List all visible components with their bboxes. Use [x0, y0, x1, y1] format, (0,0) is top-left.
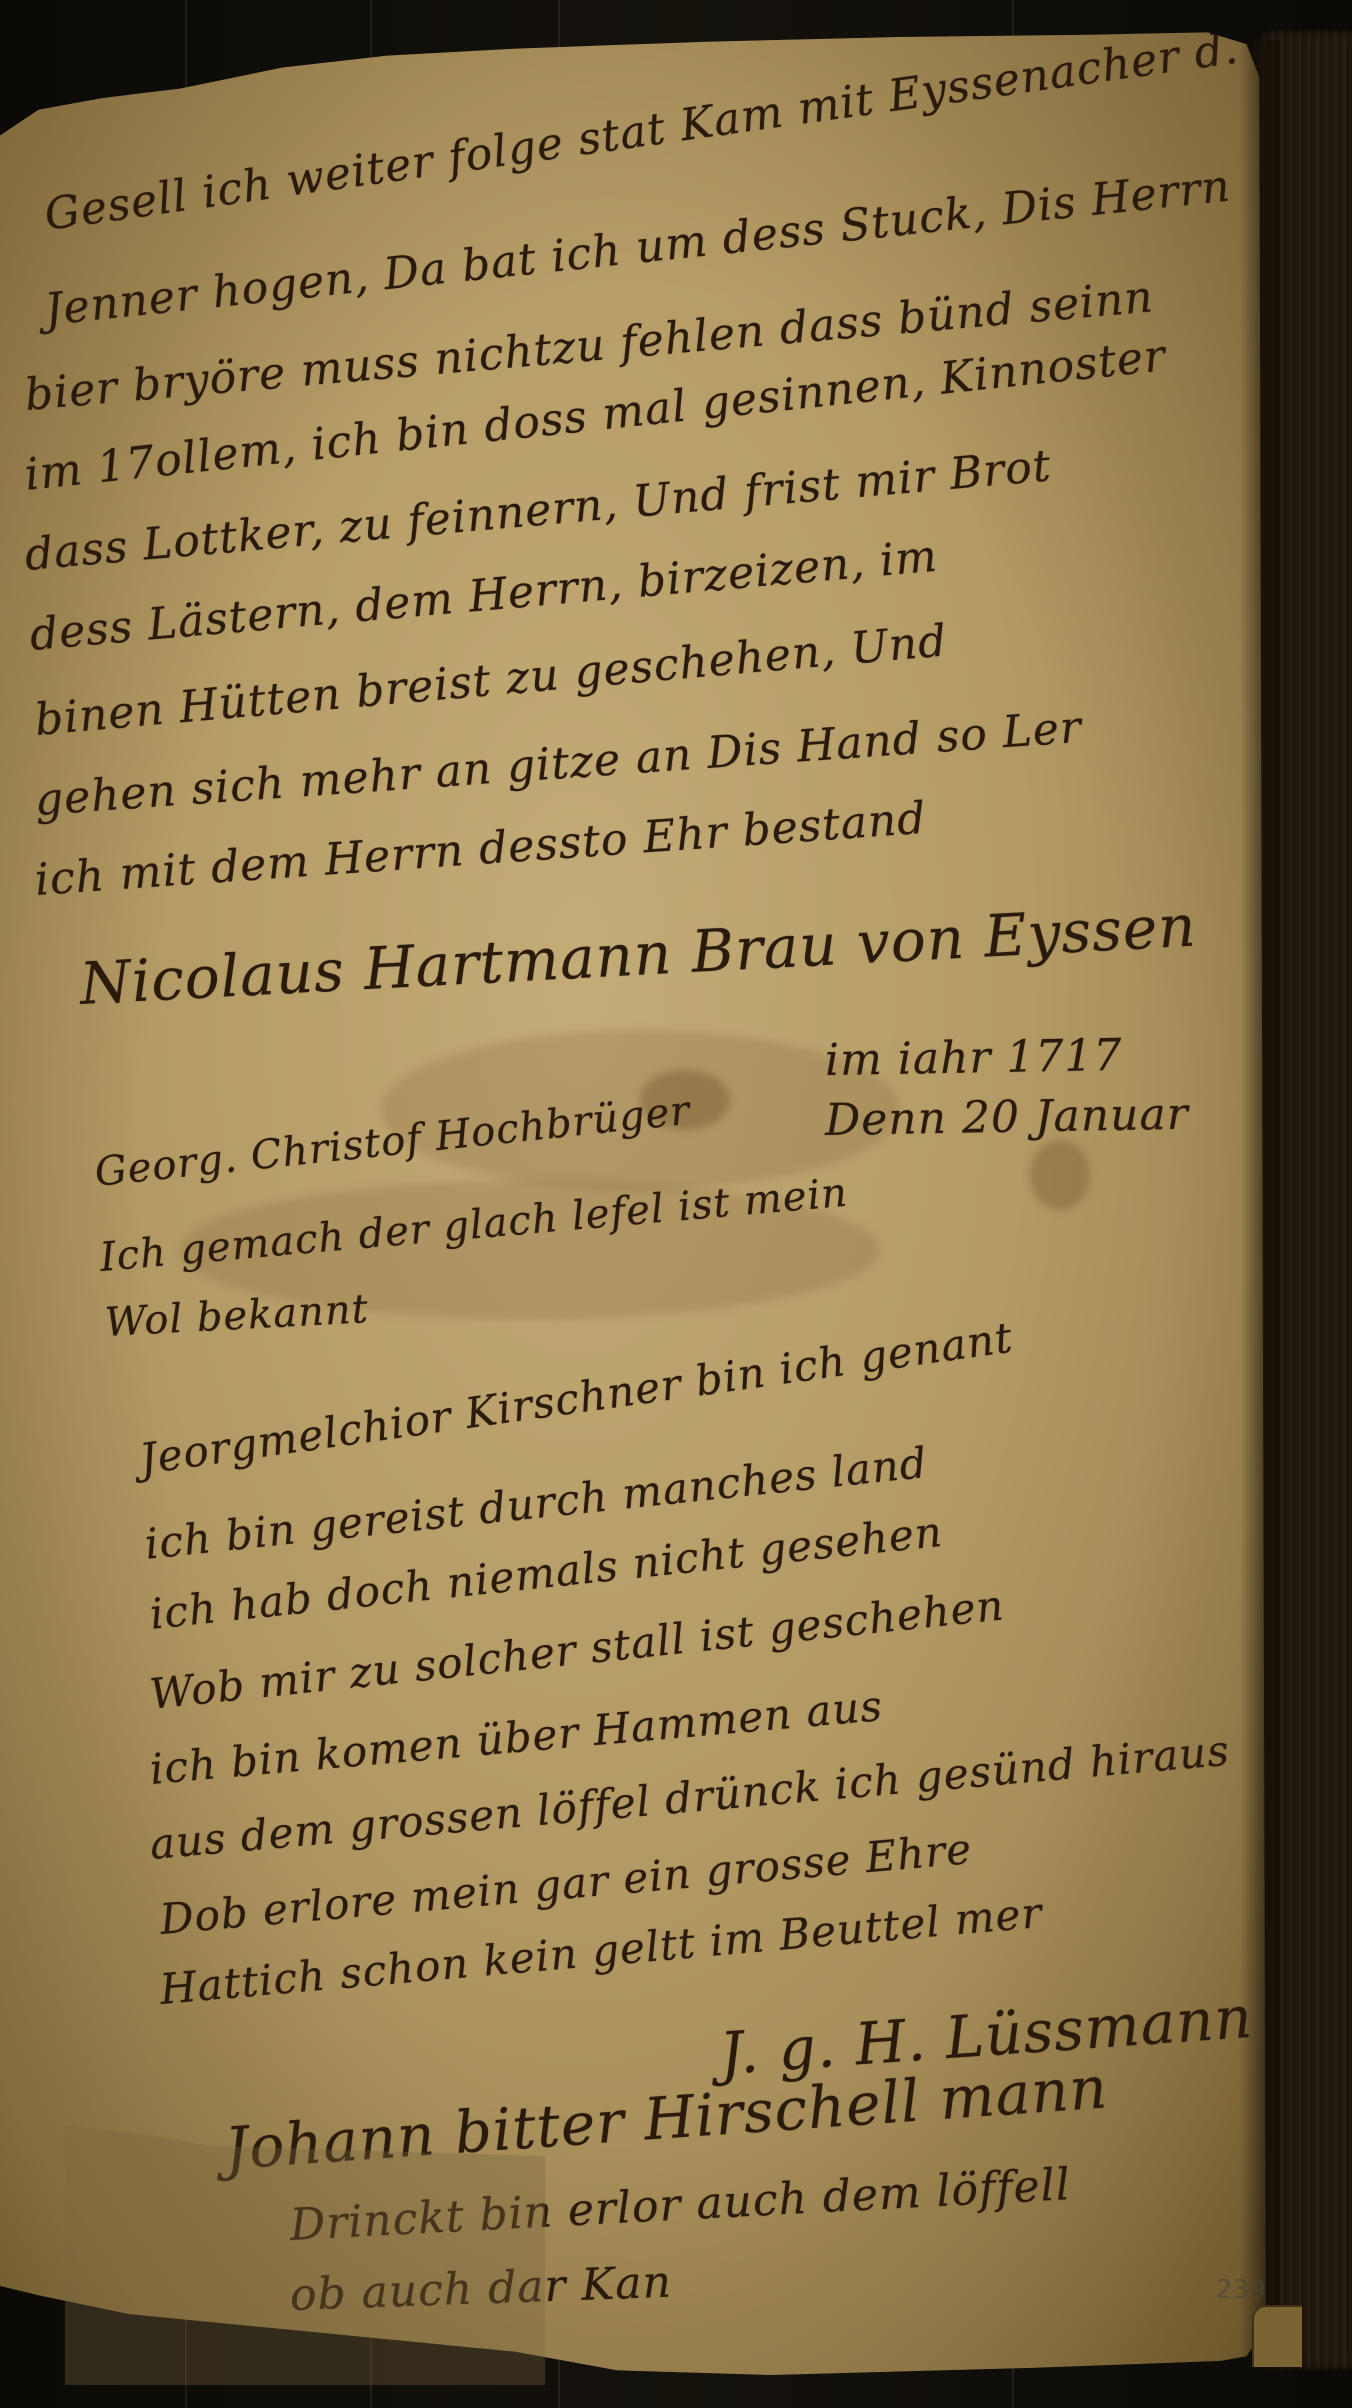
date-year: im iahr 1717	[825, 1030, 1123, 1086]
manuscript-page: Gesell ich weiter folge stat Kam mit Eys…	[0, 30, 1285, 2375]
signature-hartmann: Nicolaus Hartmann Brau von Eyssen	[78, 892, 1198, 1018]
gutter-shadow	[1240, 40, 1280, 2370]
handwritten-line: Wol bekannt	[104, 1286, 370, 1346]
folded-corner	[1252, 2305, 1302, 2367]
scan-background: Gesell ich weiter folge stat Kam mit Eys…	[0, 0, 1352, 2408]
pasted-paper-patch	[65, 2125, 545, 2385]
ink-blot	[1030, 1140, 1090, 1210]
page-number: 239	[1216, 2275, 1266, 2305]
date-day: Denn 20 Januar	[825, 1089, 1190, 1146]
